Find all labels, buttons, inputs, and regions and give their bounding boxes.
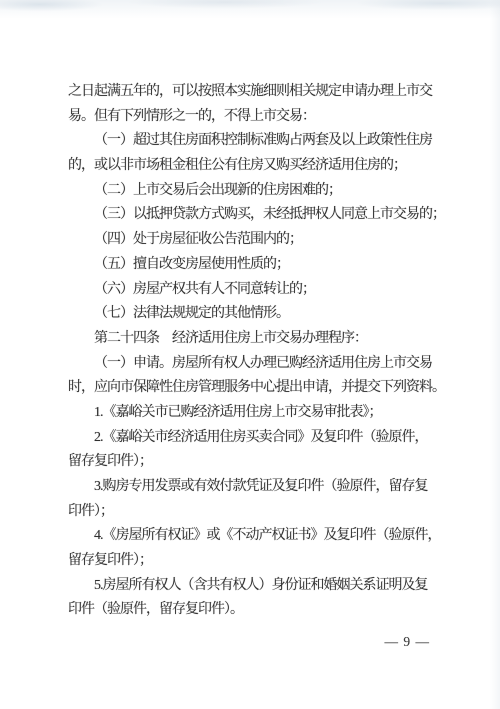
text-line: （三）以抵押贷款方式购买，未经抵押权人同意上市交易的； — [68, 203, 444, 228]
text-line: 5.房屋所有权人（含共有权人）身份证和婚姻关系证明及复 — [68, 574, 444, 599]
text-line: 易。但有下列情形之一的，不得上市交易： — [68, 105, 444, 130]
text-line: 印件）； — [68, 500, 444, 525]
text-line: （一）超过其住房面积控制标准购占两套及以上政策性住房 — [68, 129, 444, 154]
text-line: 4.《房屋所有权证》或《不动产权证书》及复印件（验原件， — [68, 524, 444, 549]
text-line: （七）法律法规规定的其他情形。 — [68, 302, 444, 327]
text-line: 留存复印件）； — [68, 549, 444, 574]
text-line: （五）擅自改变房屋使用性质的； — [68, 253, 444, 278]
scan-artifact-top — [0, 0, 500, 22]
text-line: 时，应向市保障性住房管理服务中心提出申请，并提交下列资料。 — [68, 376, 444, 401]
scan-artifact-right — [490, 0, 500, 709]
document-page: 之日起满五年的，可以按照本实施细则相关规定申请办理上市交易。但有下列情形之一的，… — [0, 0, 500, 709]
text-line: （一）申请。房屋所有权人办理已购经济适用住房上市交易 — [68, 352, 444, 377]
text-line: （六）房屋产权共有人不同意转让的； — [68, 278, 444, 303]
text-line: 的，或以非市场租金租住公有住房又购买经济适用住房的； — [68, 154, 444, 179]
text-line: 留存复印件）； — [68, 450, 444, 475]
text-line: 1.《嘉峪关市已购经济适用住房上市交易审批表》； — [68, 401, 444, 426]
text-line: 第二十四条 经济适用住房上市交易办理程序： — [68, 327, 444, 352]
text-line: 印件（验原件，留存复印件）。 — [68, 598, 444, 623]
text-line: （四）处于房屋征收公告范围内的； — [68, 228, 444, 253]
document-body: 之日起满五年的，可以按照本实施细则相关规定申请办理上市交易。但有下列情形之一的，… — [68, 80, 444, 623]
text-line: 之日起满五年的，可以按照本实施细则相关规定申请办理上市交 — [68, 80, 444, 105]
text-line: 3.购房专用发票或有效付款凭证及复印件（验原件，留存复 — [68, 475, 444, 500]
text-line: 2.《嘉峪关市经济适用住房买卖合同》及复印件（验原件， — [68, 426, 444, 451]
text-line: （二）上市交易后会出现新的住房困难的； — [68, 179, 444, 204]
page-number: — 9 — — [385, 634, 431, 650]
